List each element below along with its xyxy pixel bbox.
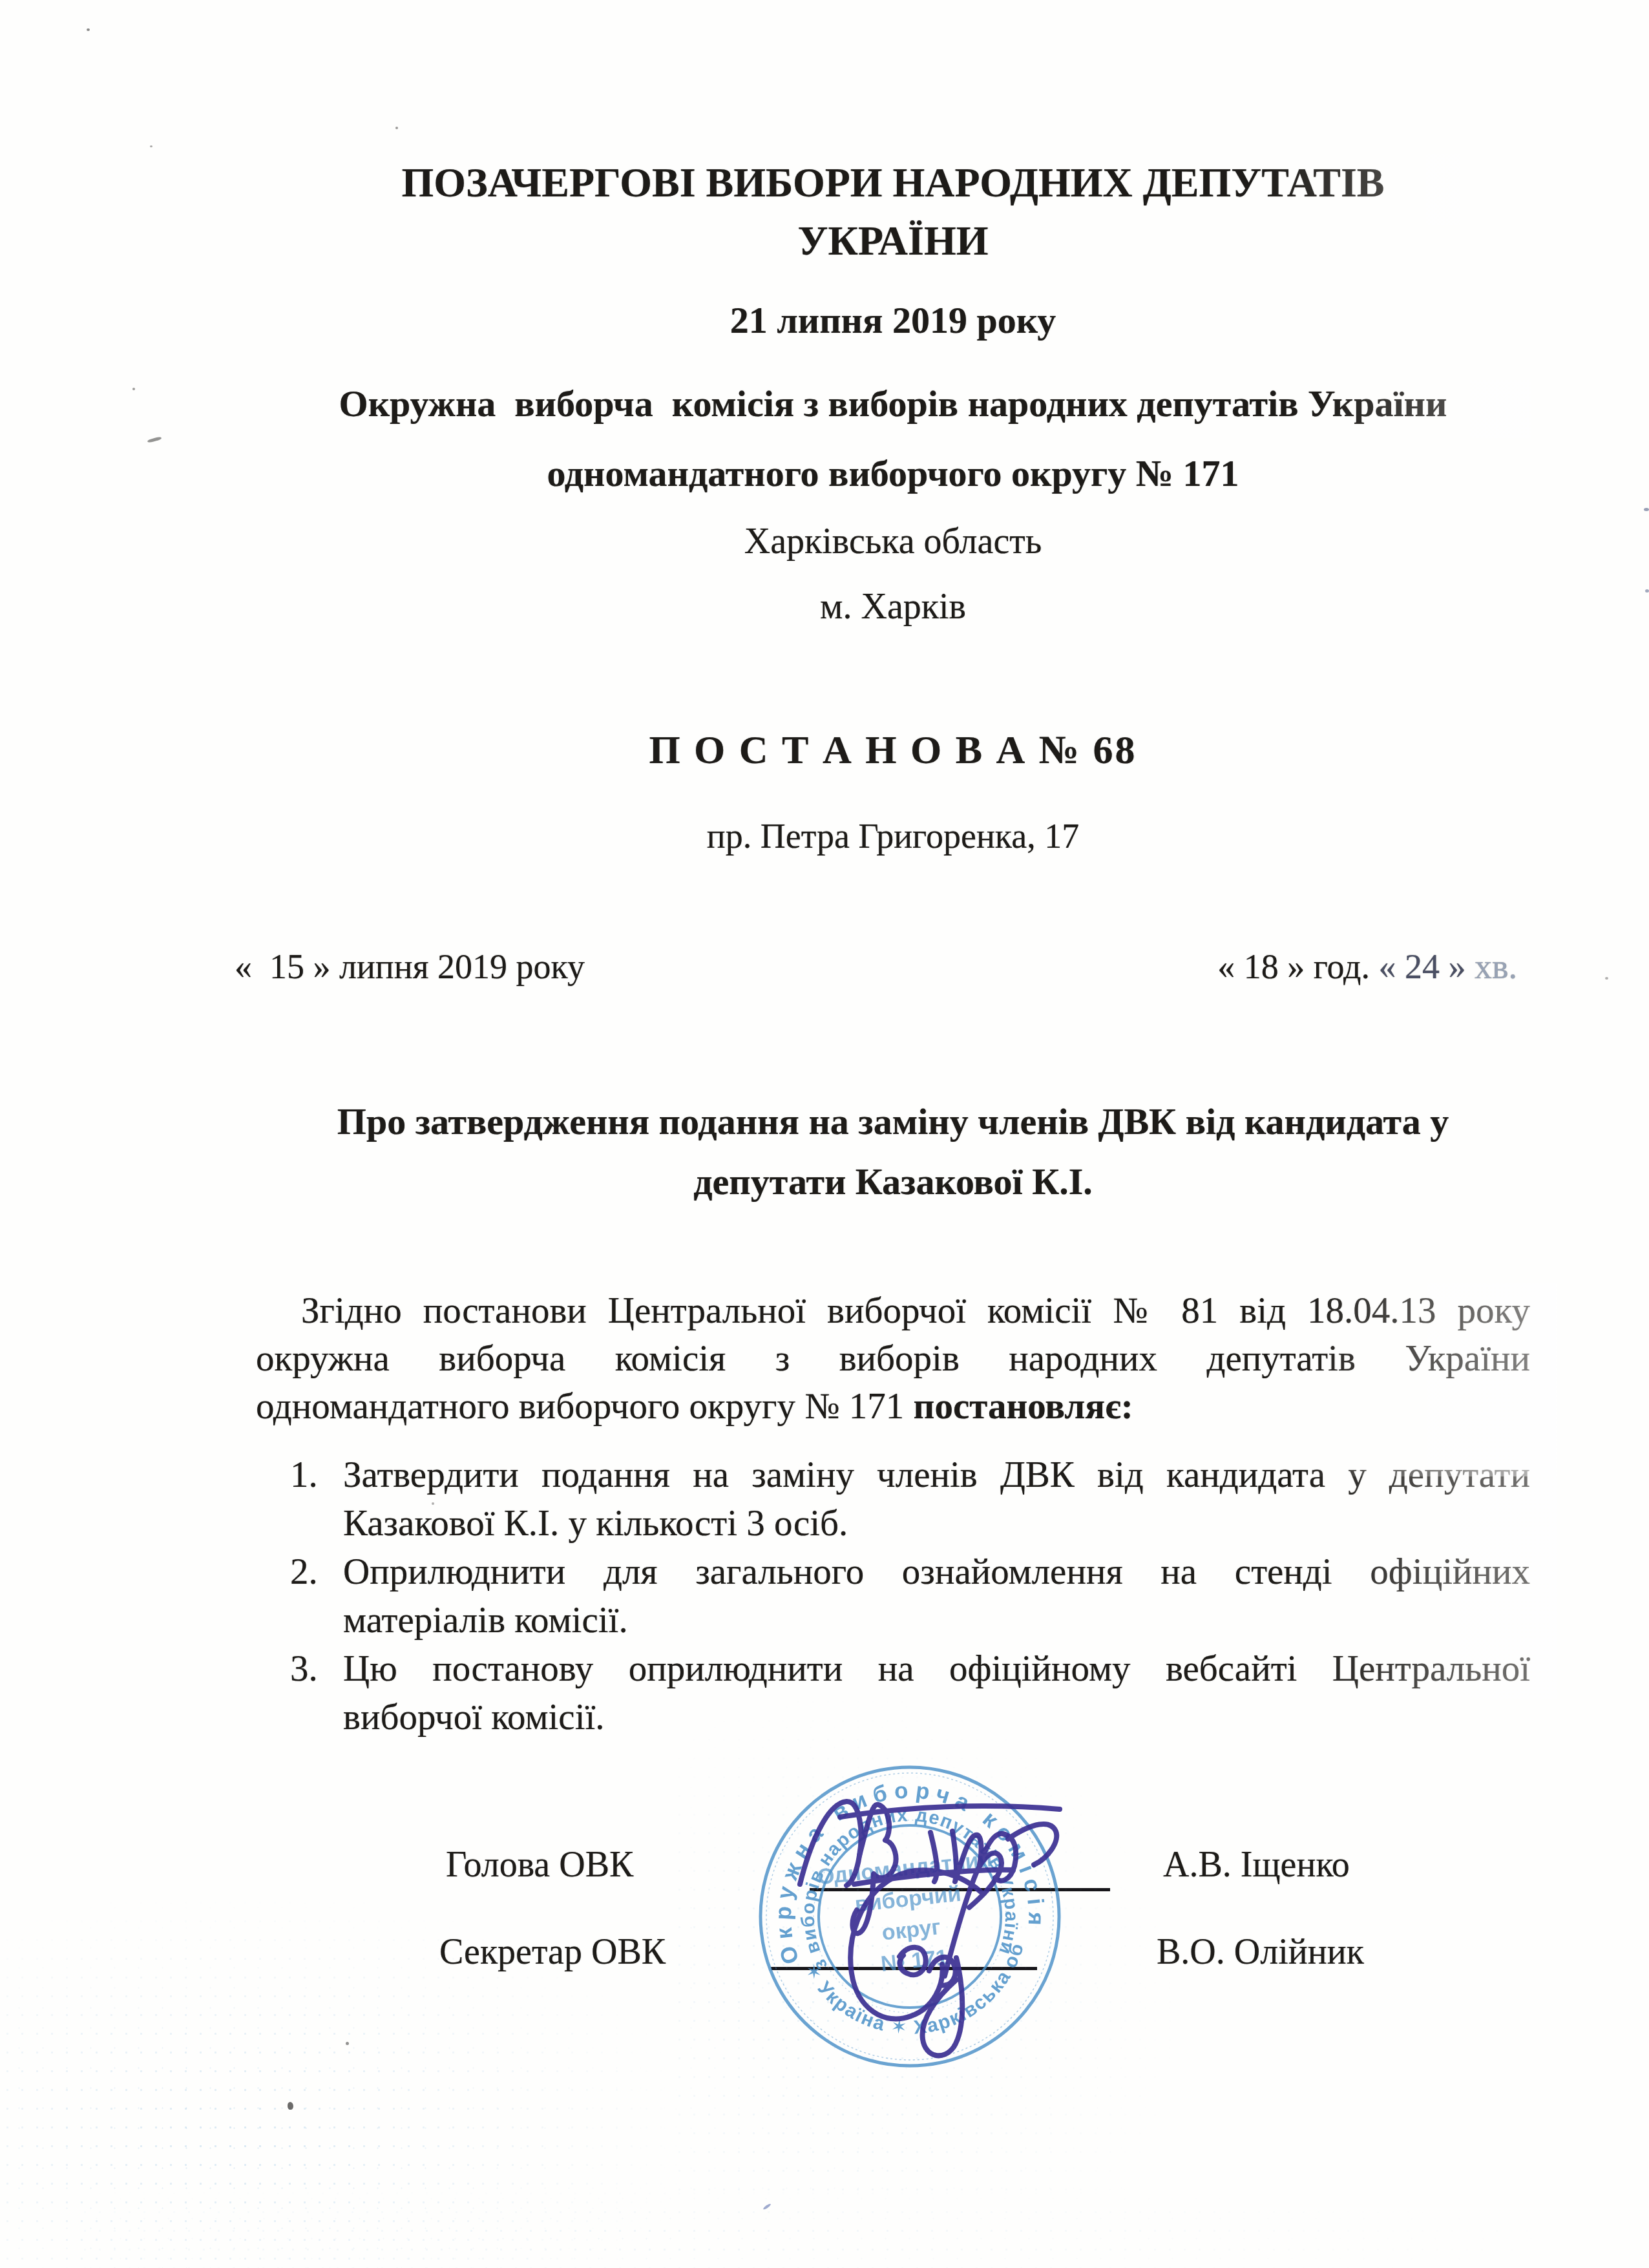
doc-title-line-2: УКРАЇНИ xyxy=(256,218,1530,264)
list-item: 3. Цю постанову оприлюднити на офіційном… xyxy=(256,1644,1530,1741)
list-item-line: матеріалів комісії. xyxy=(343,1596,1530,1644)
scan-speck xyxy=(288,2102,293,2110)
scan-speck xyxy=(1605,977,1608,980)
subject-heading-line-2: депутати Казакової К.І. xyxy=(256,1151,1530,1212)
document-page: { "doc": { "title_line1": "ПОЗАЧЕРГОВІ В… xyxy=(0,0,1649,2268)
meta-time-right: « 18 » год. « 24 » хв. xyxy=(1163,947,1517,986)
scan-speck xyxy=(395,127,398,129)
chairman-name: А.В. Іщенко xyxy=(1163,1845,1350,1885)
election-date-line: 21 липня 2019 року xyxy=(256,300,1530,341)
list-item-line: Цю постанову оприлюднити на офіційному в… xyxy=(343,1644,1530,1693)
signature-ishchenko xyxy=(800,1801,1060,1933)
paragraph-line-3-text: одномандатного виборчого округу № 171 xyxy=(256,1386,914,1427)
signature-oliynyk xyxy=(850,1853,1013,2056)
scan-speck xyxy=(132,388,135,390)
secretary-label: Секретар ОВК xyxy=(439,1932,666,1972)
list-item: 2. Оприлюднити для загального ознайомлен… xyxy=(256,1548,1530,1644)
scan-speck xyxy=(1644,508,1649,511)
city-line: м. Харків xyxy=(256,587,1530,627)
secretary-name: В.О. Олійник xyxy=(1157,1932,1364,1972)
resolution-number-title: П О С Т А Н О В А № 68 xyxy=(256,728,1530,773)
scan-speck xyxy=(346,2042,349,2045)
resolution-list: 1. Затвердити подання на заміну членів Д… xyxy=(256,1451,1530,1741)
paragraph-resolves-word: постановляє: xyxy=(914,1386,1133,1427)
time-minutes-label: хв. xyxy=(1475,947,1517,986)
paragraph-line-3: одномандатного виборчого округу № 171 по… xyxy=(256,1383,1530,1431)
meta-date-left: « 15 » липня 2019 року xyxy=(235,947,585,986)
list-item-line: виборчої комісії. xyxy=(343,1693,1530,1741)
list-item: 1. Затвердити подання на заміну членів Д… xyxy=(256,1451,1530,1548)
list-item-number: 3. xyxy=(290,1644,318,1693)
list-item-line: Затвердити подання на заміну членів ДВК … xyxy=(343,1451,1530,1499)
scan-speck xyxy=(762,2203,772,2210)
body-paragraph: Згідно постанови Центральної виборчої ко… xyxy=(256,1287,1530,1431)
scan-speck xyxy=(150,145,152,147)
time-hour-part: « 18 » год. xyxy=(1217,947,1370,986)
list-item-number: 2. xyxy=(290,1548,318,1596)
list-item-line: Оприлюднити для загального ознайомлення … xyxy=(343,1548,1530,1596)
address-line: пр. Петра Григоренка, 17 xyxy=(256,817,1530,856)
doc-title-line-1: ПОЗАЧЕРГОВІ ВИБОРИ НАРОДНИХ ДЕПУТАТІВ xyxy=(256,160,1530,205)
subject-heading-line-1: Про затвердження подання на заміну члені… xyxy=(256,1091,1530,1151)
time-minutes-part: « 24 » xyxy=(1379,947,1466,986)
scan-speck xyxy=(432,1502,434,1505)
chairman-label: Голова ОВК xyxy=(446,1845,633,1885)
scan-speckle-bottom-edge xyxy=(78,2184,1564,2268)
list-item-number: 1. xyxy=(290,1451,318,1499)
scan-speck xyxy=(87,28,90,31)
scan-speck xyxy=(147,436,162,443)
signatures-overlay xyxy=(762,1770,1098,2074)
paragraph-line-2: окружна виборча комісія з виборів народн… xyxy=(256,1335,1530,1383)
paragraph-line-1: Згідно постанови Центральної виборчої ко… xyxy=(256,1287,1530,1335)
subject-heading: Про затвердження подання на заміну члені… xyxy=(256,1091,1530,1212)
commission-name-line-2: одномандатного виборчого округу № 171 xyxy=(256,453,1530,494)
list-item-line: Казакової К.І. у кількості 3 осіб. xyxy=(343,1499,1530,1548)
commission-name-line-1: Окружна виборча комісія з виборів народн… xyxy=(256,383,1530,425)
scan-speck xyxy=(1645,589,1649,593)
region-line: Харківська область xyxy=(256,521,1530,562)
